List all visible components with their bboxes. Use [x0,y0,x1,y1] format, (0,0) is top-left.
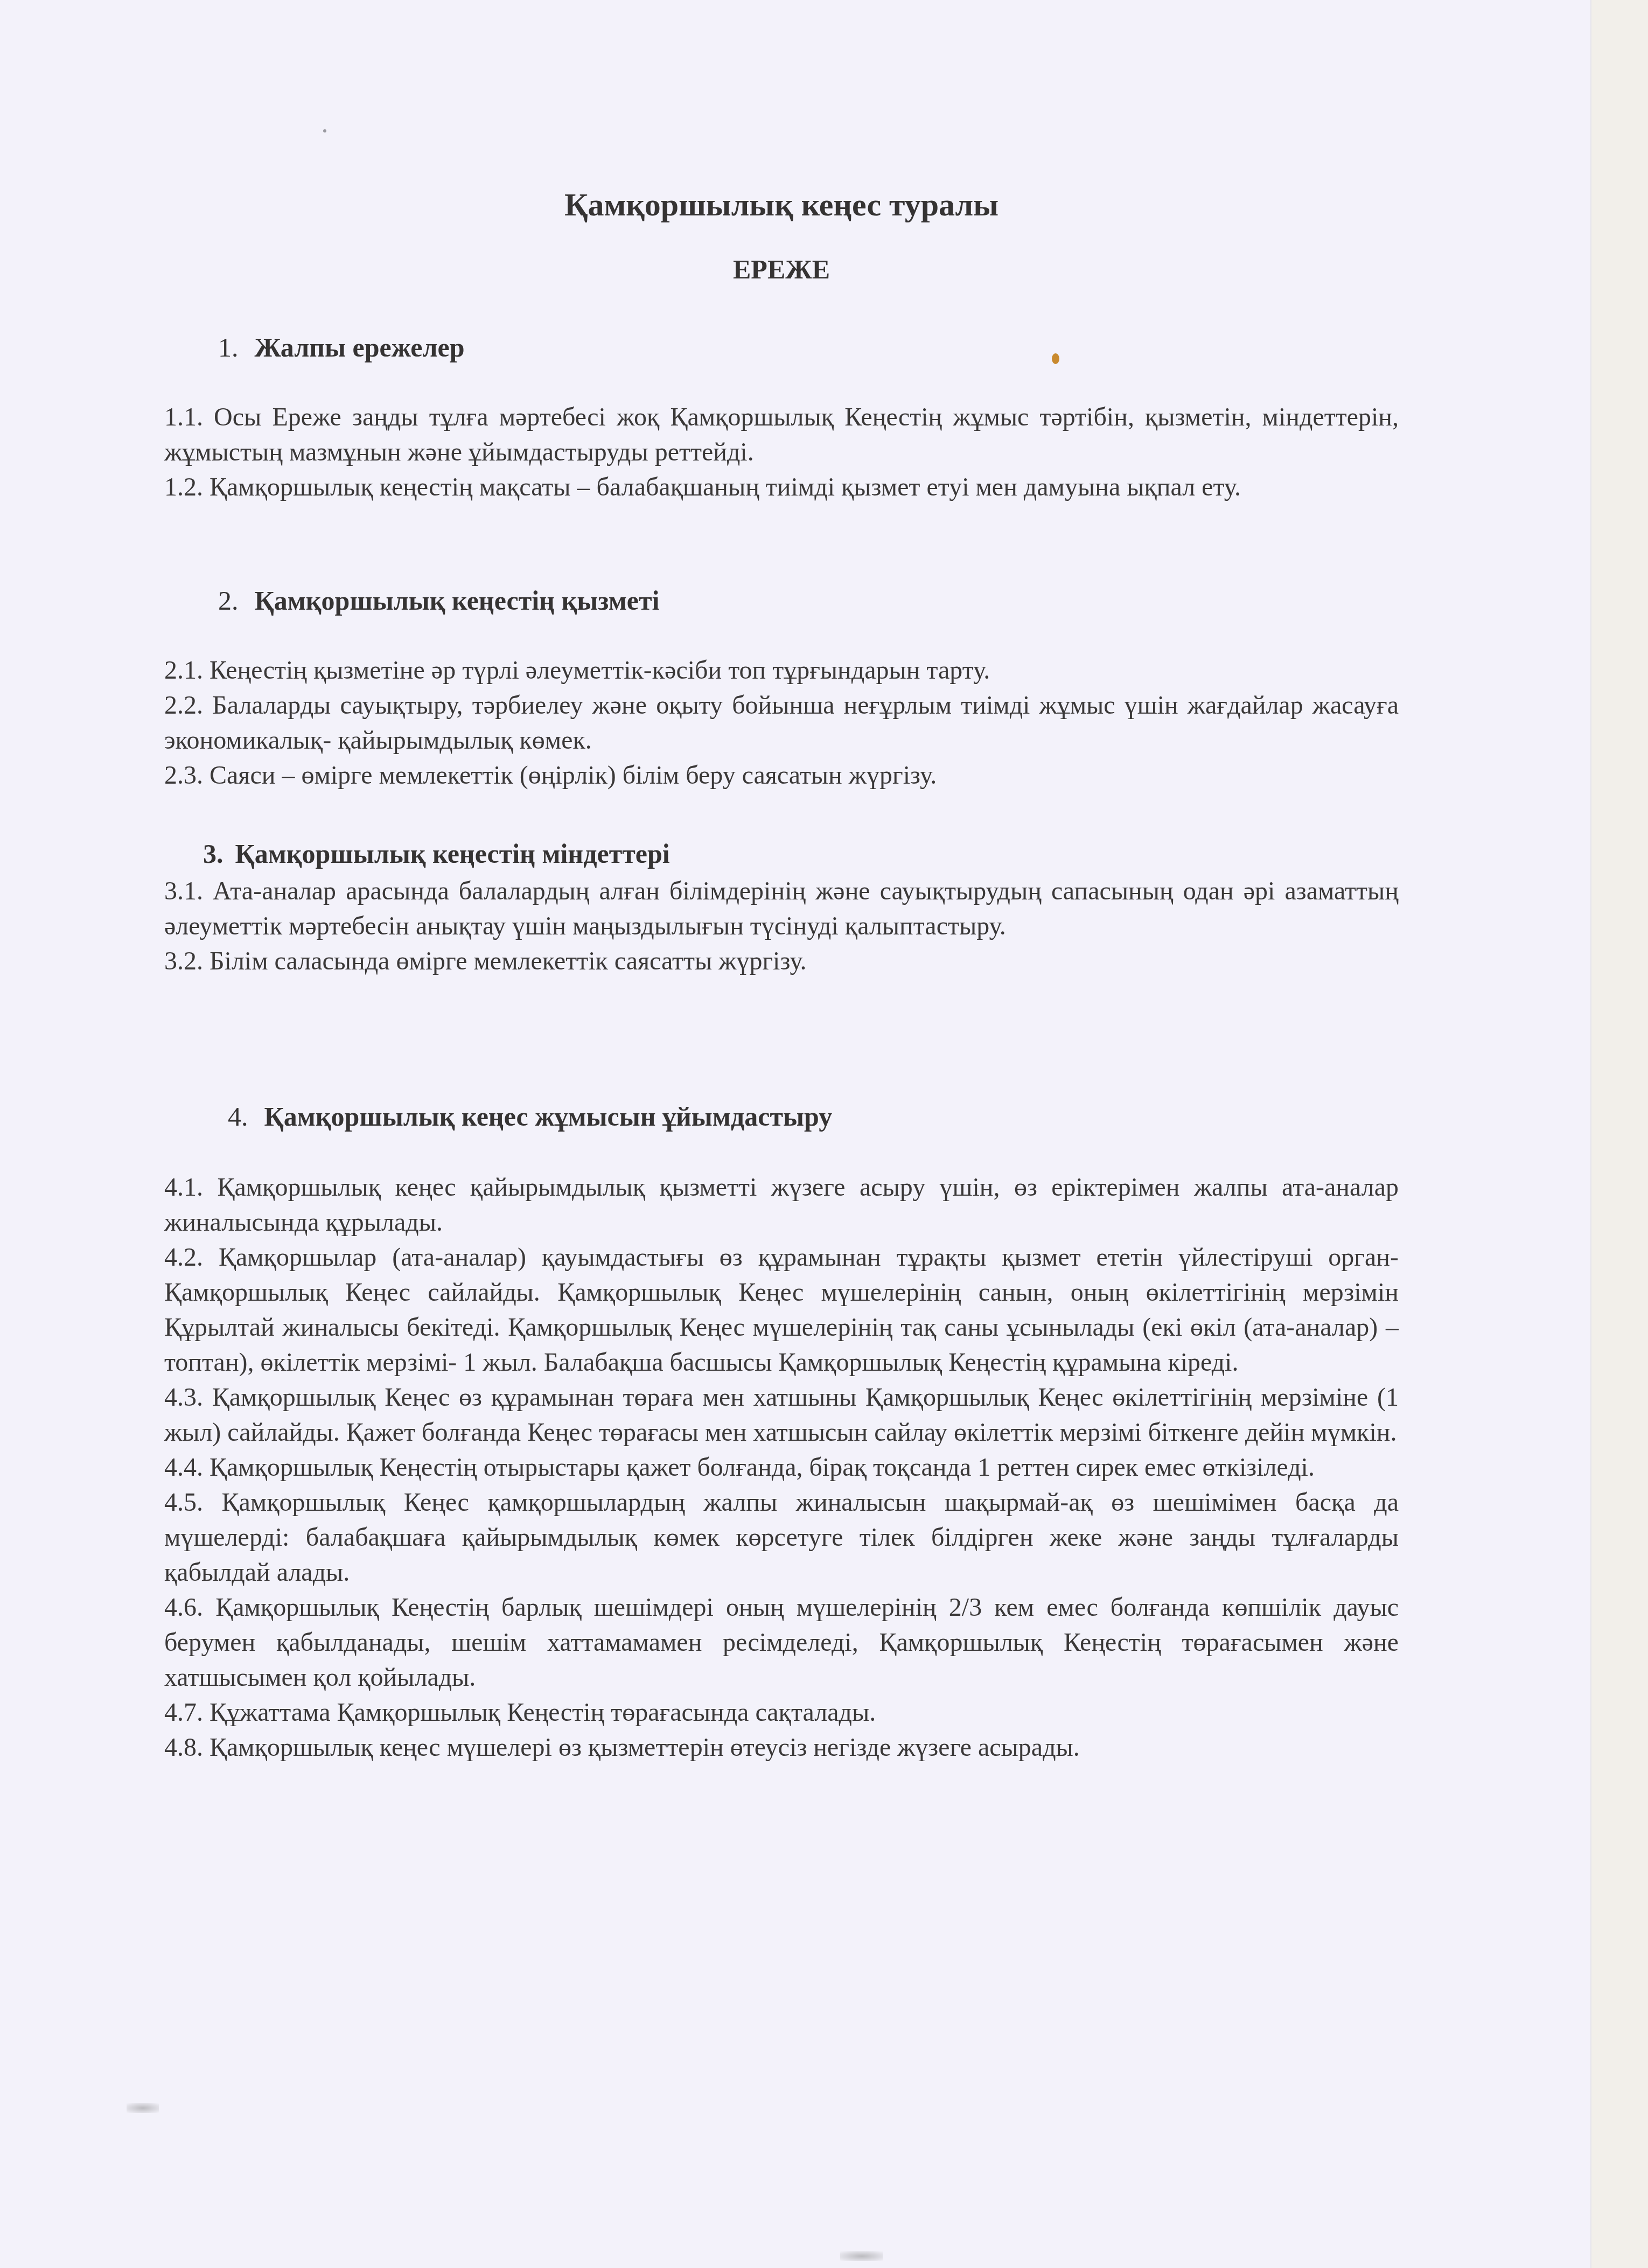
section-title: Қамқоршылық кеңестің міндеттері [235,839,670,869]
section-3-body: 3.1. Ата-аналар арасында балалардың алға… [164,874,1399,979]
paragraph-3-1: 3.1. Ата-аналар арасында балалардың алға… [164,874,1399,944]
paragraph-3-2: 3.2. Білім саласында өмірге мемлекеттік … [164,944,1399,979]
section-number: 4. [228,1099,248,1134]
paragraph-4-1: 4.1. Қамқоршылық кеңес қайырымдылық қызм… [164,1170,1399,1240]
section-1-heading: 1.Жалпы ережелер [218,330,465,365]
scan-smudge [840,2251,883,2261]
section-title: Жалпы ережелер [255,332,465,362]
paragraph-4-3: 4.3. Қамқоршылық Кеңес өз құрамынан төра… [164,1380,1399,1450]
section-number: 1. [218,330,239,365]
section-number: 2. [218,583,239,618]
paragraph-2-2: 2.2. Балаларды сауықтыру, тәрбиелеу және… [164,688,1399,758]
document-title: Қамқоршылық кеңес туралы [164,183,1399,226]
section-number: 3. [203,836,224,871]
paragraph-4-5: 4.5. Қамқоршылық Кеңес қамқоршылардың жа… [164,1485,1399,1590]
section-2-heading: 2.Қамқоршылық кеңестің қызметі [218,583,659,618]
paragraph-1-1: 1.1. Осы Ереже заңды тұлға мәртебесі жоқ… [164,400,1399,470]
paragraph-2-3: 2.3. Саяси – өмірге мемлекеттік (өңірлік… [164,758,1399,793]
dust-speck [323,129,326,132]
paragraph-4-8: 4.8. Қамқоршылық кеңес мүшелері өз қызме… [164,1730,1399,1765]
section-1-body: 1.1. Осы Ереже заңды тұлға мәртебесі жоқ… [164,400,1399,505]
section-2-body: 2.1. Кеңестің қызметіне әр түрлі әлеумет… [164,653,1399,793]
scanner-edge-strip [1590,0,1648,2268]
section-3-heading: 3.Қамқоршылық кеңестің міндеттері [203,836,670,871]
paragraph-4-7: 4.7. Құжаттама Қамқоршылық Кеңестің төра… [164,1695,1399,1730]
paragraph-4-4: 4.4. Қамқоршылық Кеңестің отырыстары қаж… [164,1450,1399,1485]
paragraph-4-2: 4.2. Қамқоршылар (ата-аналар) қауымдасты… [164,1240,1399,1380]
scan-smudge [127,2103,159,2113]
section-4-body: 4.1. Қамқоршылық кеңес қайырымдылық қызм… [164,1170,1399,1765]
paragraph-1-2: 1.2. Қамқоршылық кеңестің мақсаты – бала… [164,470,1399,505]
section-title: Қамқоршылық кеңестің қызметі [255,585,660,616]
document-subtitle: ЕРЕЖЕ [164,250,1399,288]
section-4-heading: 4.Қамқоршылық кеңес жұмысын ұйымдастыру [228,1099,832,1134]
paragraph-4-6: 4.6. Қамқоршылық Кеңестің барлық шешімде… [164,1590,1399,1695]
paragraph-2-1: 2.1. Кеңестің қызметіне әр түрлі әлеумет… [164,653,1399,688]
section-title: Қамқоршылық кеңес жұмысын ұйымдастыру [264,1101,833,1132]
ink-speck-orange [1052,353,1059,364]
